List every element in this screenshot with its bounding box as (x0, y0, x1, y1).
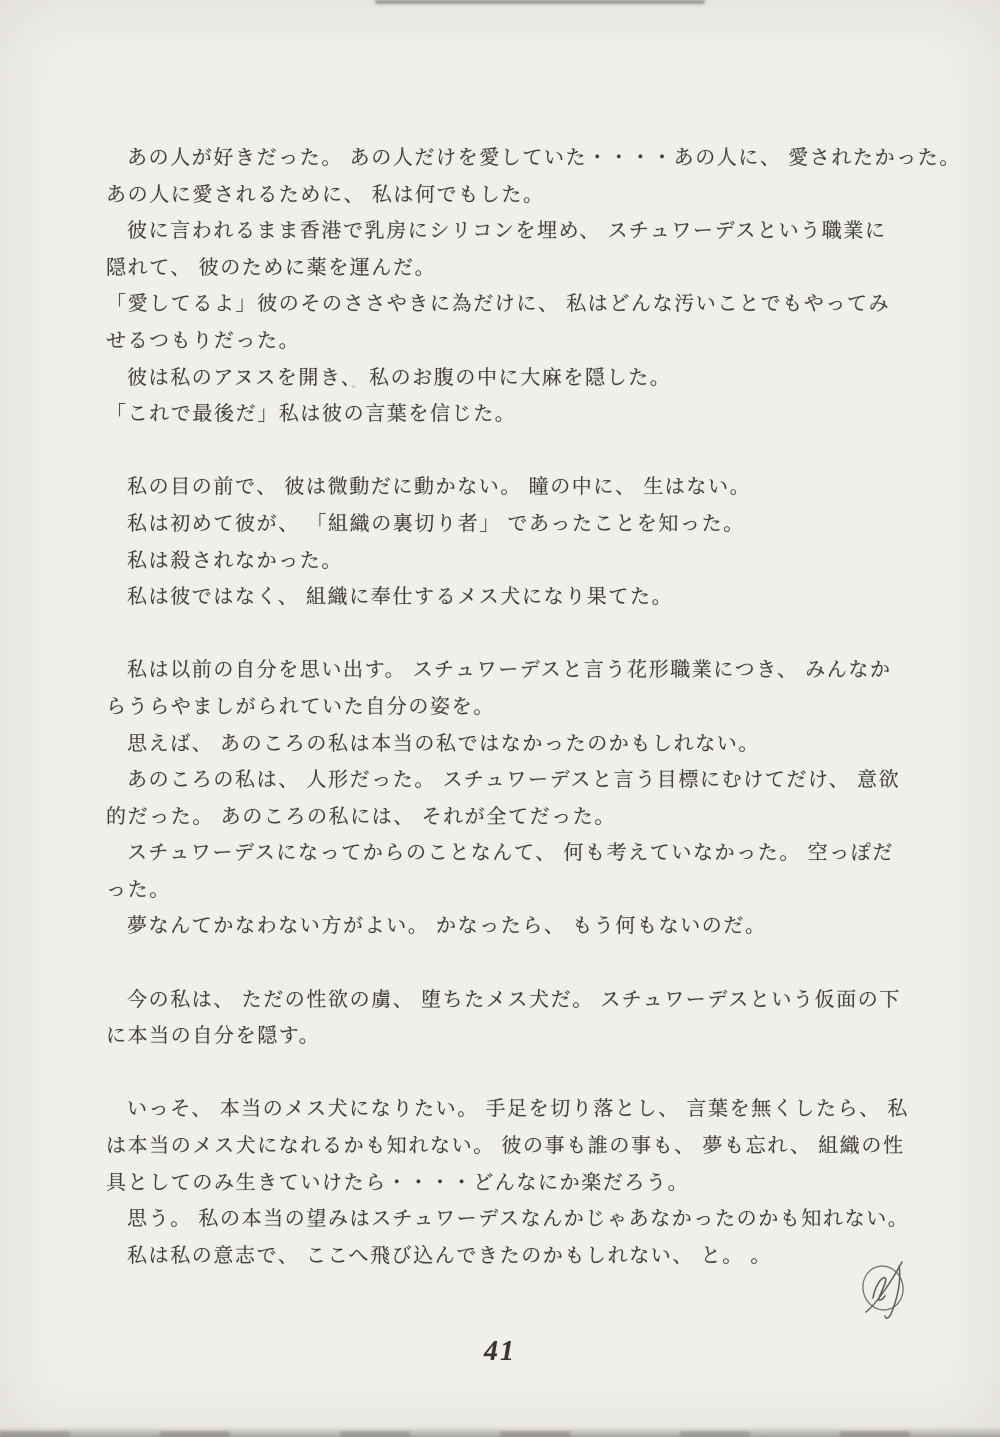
text-line: 私は初めて彼が、 「組織の裏切り者」 であったことを知った。 (106, 506, 936, 543)
text-line: 彼は私のアヌスを開き、 私のお腹の中に大麻を隠した。 (106, 360, 936, 397)
text-line: 思えば、 あのころの私は本当の私ではなかったのかもしれない。 (106, 726, 936, 763)
text-line: スチュワーデスになってからのことなんて、 何も考えていなかった。 空っぽだ (106, 835, 936, 872)
page-number: 41 (0, 1336, 1000, 1368)
scan-edge-artifact-top (375, 0, 705, 4)
text-line: 「これで最後だ」私は彼の言葉を信じた。 (106, 396, 936, 433)
text-line: あの人に愛されるために、 私は何でもした。 (106, 177, 936, 214)
text-line: った。 (106, 872, 936, 909)
text-line: 「愛してるよ」彼のそのささやきに為だけに、 私はどんな汚いことでもやってみ (106, 286, 936, 323)
scan-speck (352, 385, 355, 388)
body-text: あの人が好きだった。 あの人だけを愛していた・・・・あの人に、 愛されたかった。… (106, 140, 936, 1274)
text-line: 彼に言われるまま香港で乳房にシリコンを埋め、 スチュワーデスという職業に (106, 213, 936, 250)
text-line: 私は殺されなかった。 (106, 543, 936, 580)
text-line: に本当の自分を隠す。 (106, 1018, 936, 1055)
scan-edge-shadow-bottom (0, 1426, 1000, 1437)
text-line: 私の目の前で、 彼は微動だに動かない。 瞳の中に、 生はない。 (106, 469, 936, 506)
scanned-document-page: あの人が好きだった。 あの人だけを愛していた・・・・あの人に、 愛されたかった。… (0, 0, 1000, 1437)
text-line: いっそ、 本当のメス犬になりたい。 手足を切り落とし、 言葉を無くしたら、 私 (106, 1091, 936, 1128)
text-line: 私は私の意志で、 ここへ飛び込んできたのかもしれない、 と。 。 (106, 1238, 936, 1275)
text-line: せるつもりだった。 (106, 323, 936, 360)
text-line: あのころの私は、 人形だった。 スチュワーデスと言う目標にむけてだけ、 意欲 (106, 762, 936, 799)
text-line: 具としてのみ生きていけたら・・・・どんなにか楽だろう。 (106, 1165, 936, 1202)
text-line: 夢なんてかなわない方がよい。 かなったら、 もう何もないのだ。 (106, 908, 936, 945)
text-line: 私は以前の自分を思い出す。 スチュワーデスと言う花形職業につき、 みんなか (106, 652, 936, 689)
text-line: 隠れて、 彼のために薬を運んだ。 (106, 250, 936, 287)
text-line: は本当のメス犬になれるかも知れない。 彼の事も誰の事も、 夢も忘れ、 組織の性 (106, 1128, 936, 1165)
text-line: 思う。 私の本当の望みはスチュワーデスなんかじゃあなかったのかも知れない。 (106, 1201, 936, 1238)
text-line: 的だった。 あのころの私には、 それが全てだった。 (106, 799, 936, 836)
text-line: らうらやましがられていた自分の姿を。 (106, 689, 936, 726)
handwritten-signature-mark (858, 1258, 920, 1324)
text-line: 私は彼ではなく、 組織に奉仕するメス犬になり果てた。 (106, 579, 936, 616)
text-line: あの人が好きだった。 あの人だけを愛していた・・・・あの人に、 愛されたかった。 (106, 140, 936, 177)
text-line: 今の私は、 ただの性欲の虜、 堕ちたメス犬だ。 スチュワーデスという仮面の下 (106, 982, 936, 1019)
scan-speck (312, 226, 314, 228)
